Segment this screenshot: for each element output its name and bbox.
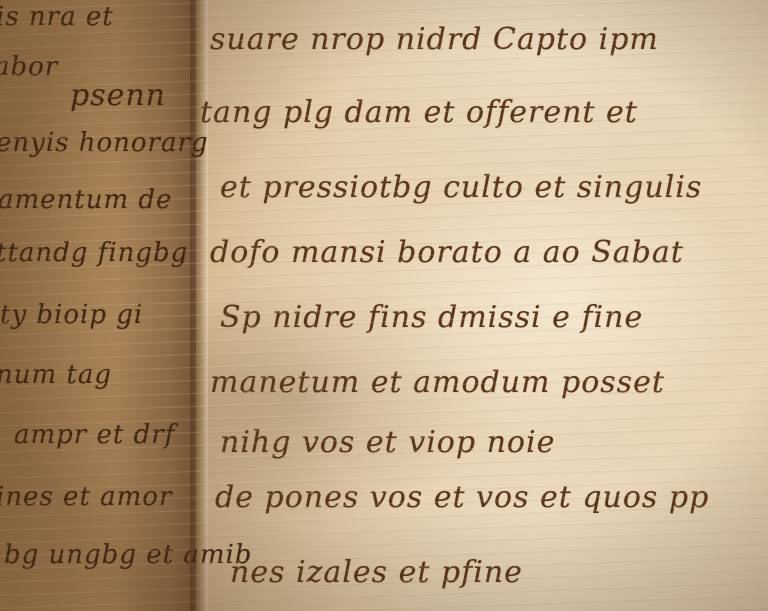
left-line: ines et amor <box>0 482 172 512</box>
left-line: bg ungbg et amib <box>4 540 252 570</box>
page-fold-gutter <box>190 0 208 611</box>
right-line: Sp nidre fins dmissi e fine <box>220 300 643 335</box>
right-line: nihg vos et viop noie <box>220 425 555 460</box>
manuscript-photo: is nra et abor psenn enyis honorarg amen… <box>0 0 768 611</box>
left-line: amentum de <box>0 185 172 215</box>
left-line: abor <box>0 52 58 82</box>
left-line: num tag <box>0 360 112 390</box>
right-line: nes izales et pfine <box>230 555 523 590</box>
right-line: dofo mansi borato a ao Sabat <box>210 235 684 270</box>
left-line: is nra et <box>0 2 114 32</box>
right-line: suare nrop nidrd Capto ipm <box>210 22 659 57</box>
right-line: et pressiotbg culto et singulis <box>220 170 702 205</box>
left-line: psenn <box>70 78 166 113</box>
left-line: ttandg fingbg <box>0 238 188 268</box>
left-line: ty bioip gi <box>0 300 143 330</box>
right-line: tang plg dam et offerent et <box>200 95 638 130</box>
right-line: manetum et amodum posset <box>210 365 665 400</box>
left-line: enyis honorarg <box>0 128 209 158</box>
left-line: ampr et drf <box>14 420 175 450</box>
right-line: de pones vos et vos et quos pp <box>215 480 709 515</box>
